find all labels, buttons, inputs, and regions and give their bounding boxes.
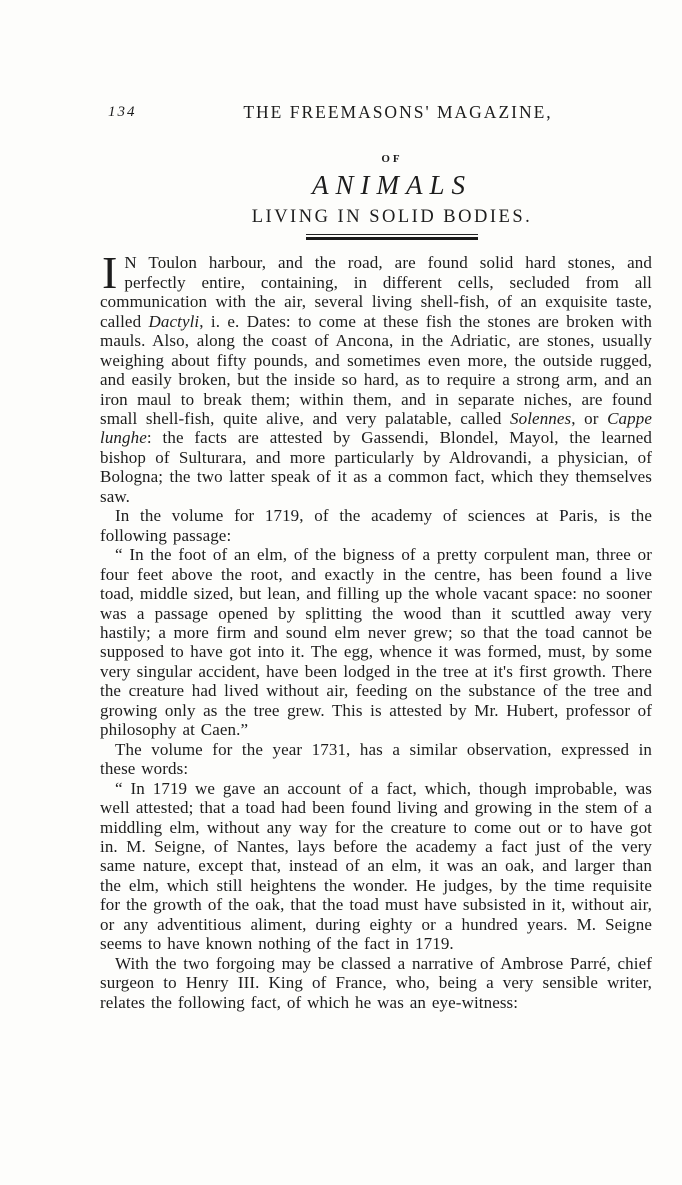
text-run: “ In 1719 we gave an account of a fact, …	[100, 779, 652, 954]
article-title: ANIMALS	[116, 170, 668, 201]
article-head: OF ANIMALS LIVING IN SOLID BODIES.	[116, 153, 668, 240]
italic-term: Dactyli	[149, 312, 200, 331]
magazine-page: 134 THE FREEMASONS' MAGAZINE, OF ANIMALS…	[0, 0, 682, 1185]
text-run: With the two forgoing may be classed a n…	[100, 954, 652, 1012]
text-run: In the volume for 1719, of the academy o…	[100, 506, 652, 544]
text-run: The volume for the year 1731, has a simi…	[100, 740, 652, 778]
text-run: , or	[571, 409, 607, 428]
text-run: “ In the foot of an elm, of the bigness …	[100, 545, 652, 739]
text-run: : the facts are attested by Gassendi, Bl…	[100, 428, 652, 505]
drop-cap: I	[100, 253, 124, 290]
italic-term: Solennes	[510, 409, 571, 428]
article-kicker: OF	[116, 153, 668, 165]
paragraph: IN Toulon harbour, and the road, are fou…	[100, 253, 652, 506]
article-subtitle: LIVING IN SOLID BODIES.	[116, 207, 668, 228]
rule-thick-line	[306, 237, 478, 240]
title-rule-ornament	[306, 234, 478, 240]
running-title: THE FREEMASONS' MAGAZINE,	[122, 102, 674, 123]
paragraph: The volume for the year 1731, has a simi…	[100, 740, 652, 779]
paragraph: “ In 1719 we gave an account of a fact, …	[100, 779, 652, 954]
page-content: 134 THE FREEMASONS' MAGAZINE, OF ANIMALS…	[100, 0, 652, 1012]
article-body: IN Toulon harbour, and the road, are fou…	[100, 253, 652, 1012]
running-header: 134 THE FREEMASONS' MAGAZINE,	[100, 102, 652, 124]
paragraph: In the volume for 1719, of the academy o…	[100, 506, 652, 545]
paragraph: With the two forgoing may be classed a n…	[100, 954, 652, 1012]
rule-thin-line	[306, 234, 478, 235]
paragraph: “ In the foot of an elm, of the bigness …	[100, 545, 652, 740]
